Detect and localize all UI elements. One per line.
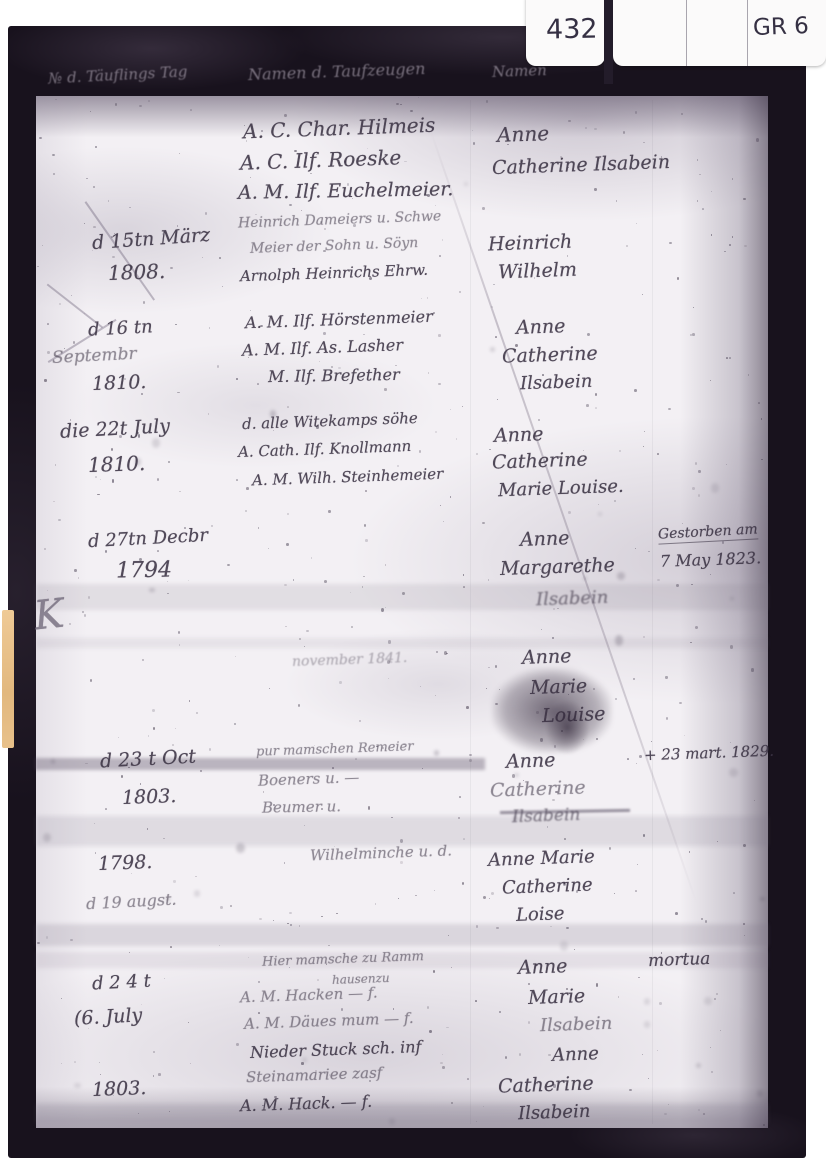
- name-line: Wilhelm: [498, 259, 578, 284]
- sponsor-line: M. Ilf. Brefether: [268, 365, 400, 386]
- date-line: 1803.: [122, 785, 177, 809]
- margin-mark: K: [32, 591, 67, 640]
- name-line: Heinrich: [488, 231, 573, 256]
- name-line: Anne: [516, 315, 566, 339]
- date-line: d 2 4 t: [91, 970, 151, 994]
- name-line: Catherine: [502, 874, 593, 898]
- name-line: Anne: [518, 955, 568, 979]
- date-line: 1794: [116, 558, 172, 584]
- name-line: Marie: [528, 985, 586, 1009]
- sponsor-line: A. M. Ilf. Euchelmeier.: [238, 178, 454, 204]
- name-line: Margarethe: [500, 554, 616, 580]
- name-line: Anne: [520, 527, 570, 551]
- label-divider: [686, 0, 687, 66]
- spine-shadow-bar: [604, 0, 613, 84]
- name-line: Anne: [552, 1043, 600, 1066]
- death-note: mortua: [648, 949, 711, 971]
- name-line: Ilsabein: [540, 1013, 613, 1037]
- sponsor-line: Beumer u.: [262, 797, 341, 816]
- date-line: 1810.: [88, 451, 146, 477]
- register-code: GR 6: [753, 13, 810, 41]
- name-line: Loise: [516, 903, 565, 926]
- date-line: (6. July: [73, 1004, 142, 1030]
- name-line: Catherine: [490, 776, 586, 801]
- photocopy-streak: [36, 638, 768, 648]
- name-line: Ilsabein: [520, 371, 593, 395]
- name-line: Marie Louise.: [498, 476, 624, 501]
- tape-strip: [2, 610, 14, 748]
- name-line: Ilsabein: [518, 1101, 591, 1125]
- name-line: Catherine: [492, 448, 588, 473]
- scanned-register-page: 432 GR 6 № d. Täuflings Tag Namen d. Tau…: [0, 0, 826, 1169]
- photocopy-streak: [36, 584, 768, 610]
- photocopy-streak: [36, 1104, 768, 1124]
- catalog-number: 432: [546, 14, 598, 46]
- date-line: 1808.: [108, 259, 166, 285]
- death-note: 7 May 1823.: [660, 548, 762, 571]
- name-line: Ilsabein: [512, 805, 581, 827]
- name-line: Anne: [522, 645, 572, 669]
- date-line: 1798.: [98, 851, 153, 875]
- date-line: 1810.: [92, 371, 147, 395]
- date-line: 1803.: [92, 1077, 147, 1101]
- name-line: Anne Marie: [488, 846, 595, 871]
- sponsor-line: Boeners u. —: [258, 768, 360, 790]
- ink-blob: [545, 700, 590, 755]
- photocopy-streak: [36, 816, 768, 846]
- name-line: Anne: [494, 423, 544, 447]
- name-line: Catherine: [502, 342, 598, 367]
- name-line: Anne: [497, 121, 550, 147]
- name-line: Ilsabein: [536, 587, 609, 611]
- photocopy-streak: [36, 924, 768, 946]
- label-divider: [747, 0, 748, 66]
- name-line: Catherine: [498, 1072, 594, 1097]
- date-line: d 16 tn: [87, 316, 153, 340]
